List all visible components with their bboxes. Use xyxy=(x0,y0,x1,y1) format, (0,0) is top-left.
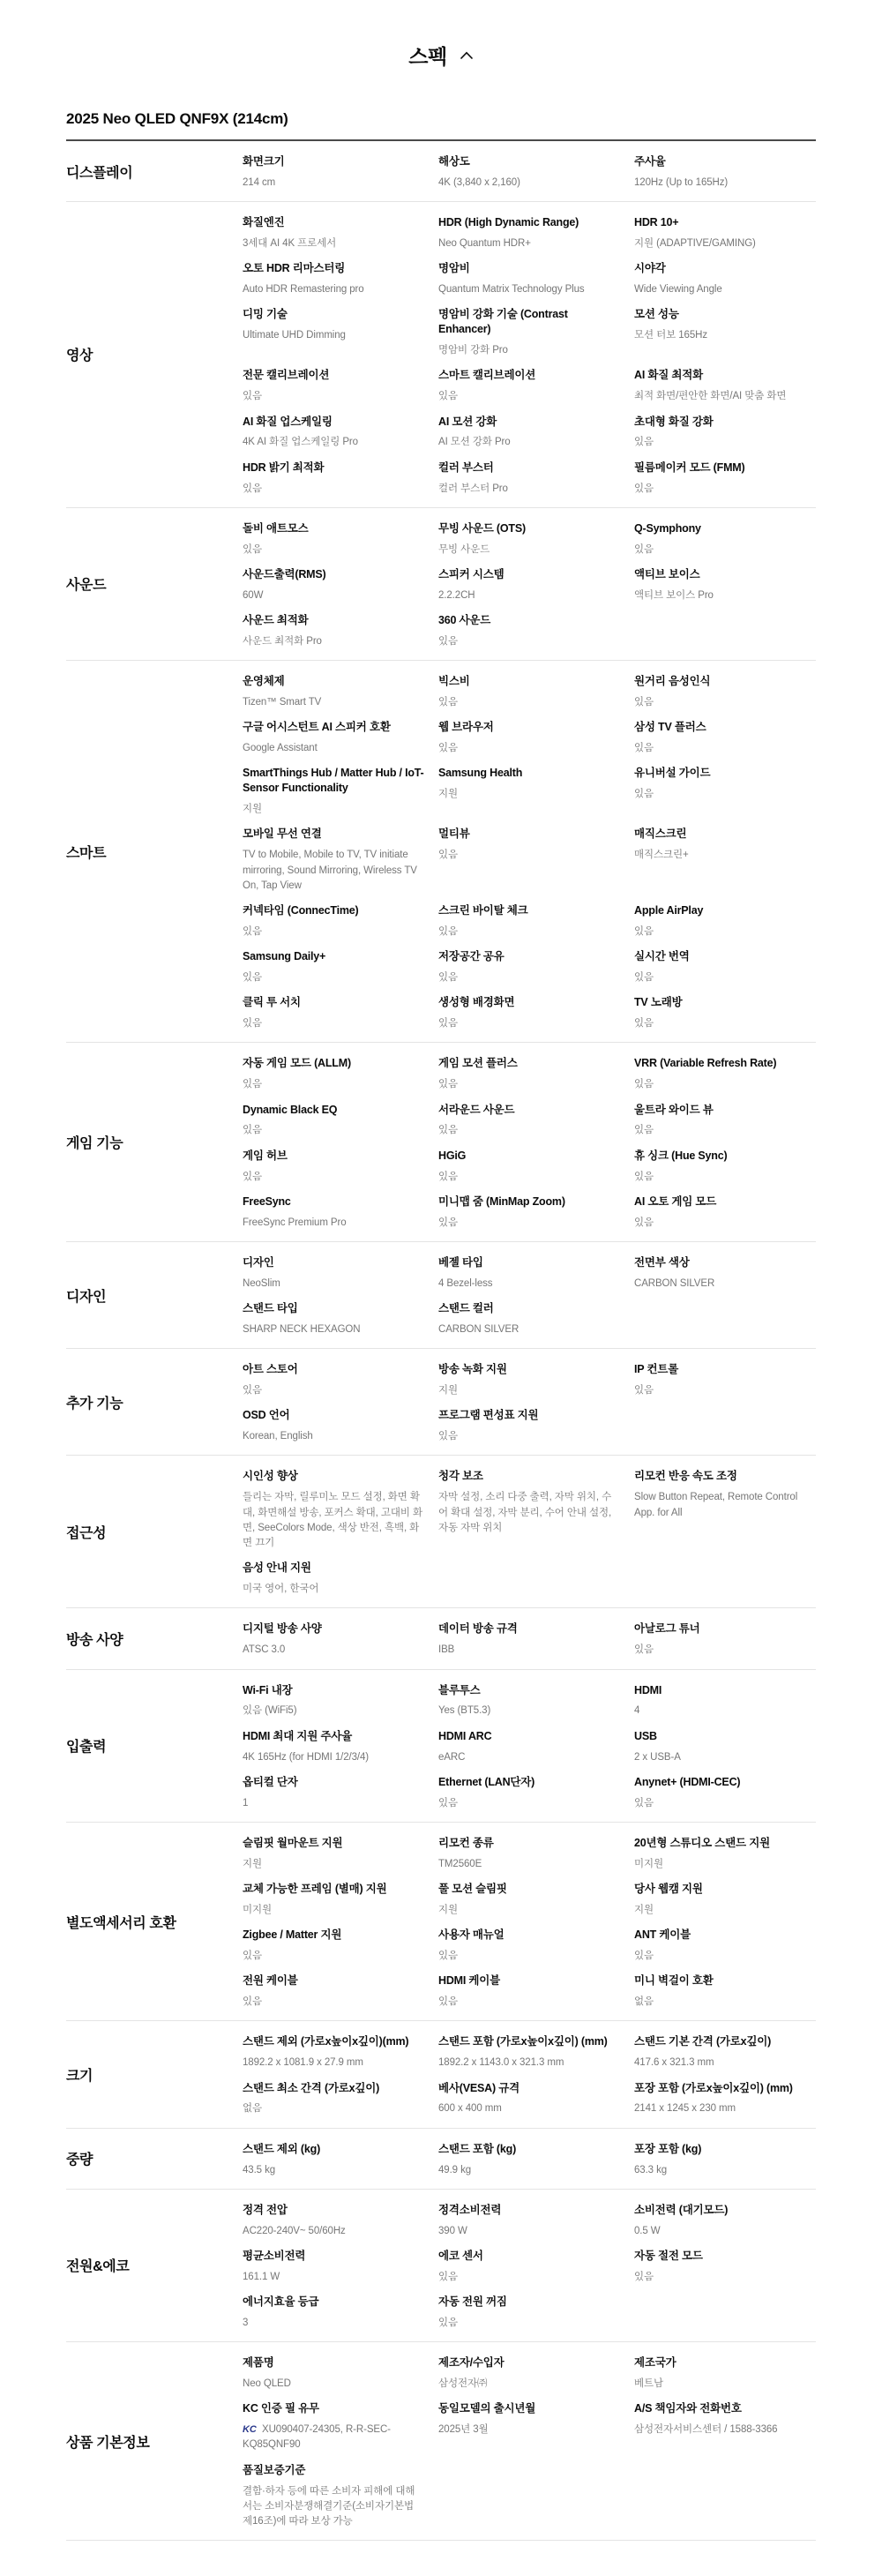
spec-item: 서라운드 사운드있음 xyxy=(438,1103,620,1139)
spec-label: 서라운드 사운드 xyxy=(438,1103,620,1118)
spec-label: 명암비 xyxy=(438,261,620,276)
spec-value: 2 x USB-A xyxy=(634,1750,816,1765)
spec-value: 2025년 3월 xyxy=(438,2422,620,2437)
spec-label: 자동 게임 모드 (ALLM) xyxy=(243,1056,424,1071)
spec-item: USB2 x USB-A xyxy=(634,1729,816,1765)
spec-value: 있음 xyxy=(634,2270,816,2285)
spec-item: Samsung Health지원 xyxy=(438,766,620,817)
spec-item: 무빙 사운드 (OTS)무빙 사운드 xyxy=(438,521,620,558)
spec-label: 삼성 TV 플러스 xyxy=(634,720,816,735)
spec-item: HDR (High Dynamic Range)Neo Quantum HDR+ xyxy=(438,215,620,251)
spec-label: 실시간 번역 xyxy=(634,949,816,964)
spec-label: 360 사운드 xyxy=(438,613,620,628)
spec-item: 스탠드 타입SHARP NECK HEXAGON xyxy=(243,1301,424,1337)
spec-value: 있음 xyxy=(438,741,620,756)
spec-value: 있음 xyxy=(634,1383,816,1398)
spec-label: 유니버설 가이드 xyxy=(634,766,816,781)
spec-value: Neo Quantum HDR+ xyxy=(438,236,620,251)
spec-label: FreeSync xyxy=(243,1194,424,1209)
spec-item: 시인성 향상들리는 자막, 릴루미노 모드 설정, 화면 확대, 화면해설 방송… xyxy=(243,1469,424,1551)
spec-value: 지원 xyxy=(243,1857,424,1872)
spec-value: 있음 xyxy=(634,435,816,450)
spec-item: 명암비Quantum Matrix Technology Plus xyxy=(438,261,620,297)
spec-value: Ultimate UHD Dimming xyxy=(243,328,424,343)
spec-item: 스탠드 포함 (가로x높이x깊이) (mm)1892.2 x 1143.0 x … xyxy=(438,2034,620,2071)
spec-section-weight: 중량스탠드 제외 (kg)43.5 kg스탠드 포함 (kg)49.9 kg포장… xyxy=(66,2129,816,2190)
spec-value: Slow Button Repeat, Remote Control App. … xyxy=(634,1490,816,1521)
category-label-extra-features: 추가 기능 xyxy=(66,1349,243,1455)
spec-value: 있음 xyxy=(634,1796,816,1811)
spec-value: 있음 xyxy=(438,634,620,649)
spec-value: Tizen™ Smart TV xyxy=(243,695,424,710)
category-label-picture: 영상 xyxy=(66,202,243,507)
spec-value: AI 모션 강화 Pro xyxy=(438,435,620,450)
spec-item: 초대형 화질 강화있음 xyxy=(634,415,816,451)
spec-item: 웹 브라우저있음 xyxy=(438,720,620,756)
spec-item: AI 모션 강화AI 모션 강화 Pro xyxy=(438,415,620,451)
spec-item: 스크린 바이탈 체크있음 xyxy=(438,903,620,940)
spec-value: 무빙 사운드 xyxy=(438,543,620,558)
spec-label: 제조자/수입자 xyxy=(438,2355,620,2370)
spec-items-grid: 운영체제Tizen™ Smart TV빅스비있음원거리 음성인식있음구글 어시스… xyxy=(243,661,816,1042)
category-label-game-features: 게임 기능 xyxy=(66,1043,243,1241)
spec-item: 스탠드 제외 (kg)43.5 kg xyxy=(243,2142,424,2178)
spec-label: 화면크기 xyxy=(243,154,424,169)
spec-value: 있음 xyxy=(243,389,424,404)
spec-item: 디밍 기술Ultimate UHD Dimming xyxy=(243,307,424,358)
spec-value: ATSC 3.0 xyxy=(243,1643,424,1658)
spec-value: 없음 xyxy=(634,1995,816,2010)
spec-label: 에코 센서 xyxy=(438,2249,620,2264)
spec-value: 있음 xyxy=(438,970,620,985)
spec-value: 3세대 AI 4K 프로세서 xyxy=(243,236,424,251)
spec-value: FreeSync Premium Pro xyxy=(243,1216,424,1231)
spec-item: 빅스비있음 xyxy=(438,674,620,710)
spec-value-text: XU090407-24305, R-R-SEC-KQ85QNF90 xyxy=(243,2424,391,2450)
spec-label: 돌비 애트모스 xyxy=(243,521,424,536)
spec-item: 스피커 시스템2.2.2CH xyxy=(438,567,620,603)
spec-item: 돌비 애트모스있음 xyxy=(243,521,424,558)
spec-value: 지원 xyxy=(243,802,424,817)
spec-item: 휴 싱크 (Hue Sync)있음 xyxy=(634,1149,816,1185)
spec-item: Anynet+ (HDMI-CEC)있음 xyxy=(634,1775,816,1811)
spec-item: Zigbee / Matter 지원있음 xyxy=(243,1928,424,1964)
spec-value: 컬러 부스터 Pro xyxy=(438,482,620,497)
spec-item: 방송 녹화 지원지원 xyxy=(438,1362,620,1398)
spec-item: AI 오토 게임 모드있음 xyxy=(634,1194,816,1231)
spec-value: 43.5 kg xyxy=(243,2163,424,2178)
spec-value: 있음 xyxy=(438,1429,620,1444)
spec-label: 미니맵 줌 (MinMap Zoom) xyxy=(438,1194,620,1209)
spec-item: 360 사운드있음 xyxy=(438,613,620,649)
spec-items-grid: Wi-Fi 내장있음 (WiFi5)블루투스Yes (BT5.3)HDMI4HD… xyxy=(243,1670,816,1822)
spec-value: 있음 xyxy=(438,1796,620,1811)
spec-item: 블루투스Yes (BT5.3) xyxy=(438,1683,620,1719)
spec-value: 있음 xyxy=(634,695,816,710)
spec-label: 구글 어시스턴트 AI 스피커 호환 xyxy=(243,720,424,735)
spec-item: 커넥타임 (ConnecTime)있음 xyxy=(243,903,424,940)
spec-label: HGiG xyxy=(438,1149,620,1164)
spec-label: 슬림핏 월마운트 지원 xyxy=(243,1836,424,1851)
spec-value: 417.6 x 321.3 mm xyxy=(634,2056,816,2071)
spec-item: Samsung Daily+있음 xyxy=(243,949,424,985)
spec-item: 자동 게임 모드 (ALLM)있음 xyxy=(243,1056,424,1092)
product-name: 2025 Neo QLED QNF9X (214cm) xyxy=(66,110,816,141)
spec-items-grid: 스탠드 제외 (kg)43.5 kg스탠드 포함 (kg)49.9 kg포장 포… xyxy=(243,2129,816,2189)
spec-label: USB xyxy=(634,1729,816,1744)
spec-item: 사운드 최적화사운드 최적화 Pro xyxy=(243,613,424,649)
spec-label: 자동 절전 모드 xyxy=(634,2249,816,2264)
spec-items-grid: 슬림핏 월마운트 지원지원리모컨 종류TM2560E20년형 스튜디오 스탠드 … xyxy=(243,1823,816,2021)
spec-value: KCXU090407-24305, R-R-SEC-KQ85QNF90 xyxy=(243,2422,424,2453)
spec-item: 스탠드 최소 간격 (가로x깊이)없음 xyxy=(243,2081,424,2117)
spec-value: 있음 xyxy=(438,1016,620,1031)
spec-value: 있음 xyxy=(634,1123,816,1138)
spec-value: 있음 xyxy=(634,1216,816,1231)
spec-label: SmartThings Hub / Matter Hub / IoT-Senso… xyxy=(243,766,424,796)
spec-label: 전문 캘리브레이션 xyxy=(243,368,424,383)
spec-value: 들리는 자막, 릴루미노 모드 설정, 화면 확대, 화면해설 방송, 포커스 … xyxy=(243,1490,424,1551)
spec-item: 사용자 매뉴얼있음 xyxy=(438,1928,620,1964)
spec-item: 컬러 부스터컬러 부스터 Pro xyxy=(438,461,620,497)
spec-value: 지원 (ADAPTIVE/GAMING) xyxy=(634,236,816,251)
spec-label: HDMI ARC xyxy=(438,1729,620,1744)
spec-label: Dynamic Black EQ xyxy=(243,1103,424,1118)
spec-label: 생성형 배경화면 xyxy=(438,995,620,1010)
spec-item: 게임 허브있음 xyxy=(243,1149,424,1185)
spec-item: 실시간 번역있음 xyxy=(634,949,816,985)
spec-value: 있음 xyxy=(438,389,620,404)
spec-value: 161.1 W xyxy=(243,2270,424,2285)
spec-label: HDMI 케이블 xyxy=(438,1973,620,1988)
spec-item: 소비전력 (대기모드)0.5 W xyxy=(634,2203,816,2239)
spec-item: 베사(VESA) 규격600 x 400 mm xyxy=(438,2081,620,2117)
spec-item: 스탠드 포함 (kg)49.9 kg xyxy=(438,2142,620,2178)
spec-item: 시야각Wide Viewing Angle xyxy=(634,261,816,297)
spec-value: 4K (3,840 x 2,160) xyxy=(438,176,620,191)
spec-label: 스탠드 포함 (kg) xyxy=(438,2142,620,2157)
spec-item: ANT 케이블있음 xyxy=(634,1928,816,1964)
spec-label: 저장공간 공유 xyxy=(438,949,620,964)
spec-section-game-features: 게임 기능자동 게임 모드 (ALLM)있음게임 모션 플러스있음VRR (Va… xyxy=(66,1043,816,1242)
spec-items-grid: 화면크기214 cm해상도4K (3,840 x 2,160)주사율120Hz … xyxy=(243,141,816,201)
spec-item: KC 인증 필 유무KCXU090407-24305, R-R-SEC-KQ85… xyxy=(243,2401,424,2452)
spec-value: 있음 xyxy=(438,848,620,863)
spec-item: 에코 센서있음 xyxy=(438,2249,620,2285)
spec-label: 스크린 바이탈 체크 xyxy=(438,903,620,918)
spec-value: Quantum Matrix Technology Plus xyxy=(438,282,620,297)
spec-item: 전문 캘리브레이션있음 xyxy=(243,368,424,404)
spec-accordion-header[interactable]: 스펙 xyxy=(0,0,882,70)
spec-item: 화면크기214 cm xyxy=(243,154,424,191)
spec-value: 있음 xyxy=(438,695,620,710)
spec-label: 주사율 xyxy=(634,154,816,169)
spec-item: 디지털 방송 사양ATSC 3.0 xyxy=(243,1621,424,1658)
spec-value: 있음 xyxy=(634,970,816,985)
spec-label: A/S 책임자와 전화번호 xyxy=(634,2401,816,2416)
spec-item: 자동 절전 모드있음 xyxy=(634,2249,816,2285)
spec-label: 에너지효율 등급 xyxy=(243,2295,424,2310)
spec-value: 명암비 강화 Pro xyxy=(438,343,620,358)
kc-certification-icon: KC xyxy=(243,2422,258,2434)
spec-item: TV 노래방있음 xyxy=(634,995,816,1031)
category-label-accessibility: 접근성 xyxy=(66,1456,243,1607)
spec-item: 해상도4K (3,840 x 2,160) xyxy=(438,154,620,191)
spec-item: AI 화질 최적화최적 화면/편안한 화면/AI 맞춤 화면 xyxy=(634,368,816,404)
spec-value: 지원 xyxy=(438,1383,620,1398)
spec-label: 스탠드 타입 xyxy=(243,1301,424,1316)
spec-items-grid: 디지털 방송 사양ATSC 3.0데이터 방송 규격IBB아날로그 튜너있음 xyxy=(243,1608,816,1668)
spec-label: Samsung Health xyxy=(438,766,620,781)
spec-value: 600 x 400 mm xyxy=(438,2101,620,2116)
spec-value: 3 xyxy=(243,2316,424,2331)
spec-value: 액티브 보이스 Pro xyxy=(634,588,816,603)
spec-value: 있음 xyxy=(243,1995,424,2010)
spec-label: 모바일 무선 연결 xyxy=(243,827,424,842)
spec-label: AI 모션 강화 xyxy=(438,415,620,430)
spec-section-design: 디자인디자인NeoSlim베젤 타입4 Bezel-less전면부 색상CARB… xyxy=(66,1242,816,1349)
spec-value: 지원 xyxy=(634,1903,816,1918)
spec-label: 스마트 캘리브레이션 xyxy=(438,368,620,383)
spec-item: HDMI 최대 지원 주사율4K 165Hz (for HDMI 1/2/3/4… xyxy=(243,1729,424,1765)
spec-item: 데이터 방송 규격IBB xyxy=(438,1621,620,1658)
spec-label: KC 인증 필 유무 xyxy=(243,2401,424,2416)
spec-item: 멀티뷰있음 xyxy=(438,827,620,894)
spec-label: 포장 포함 (가로x높이x깊이) (mm) xyxy=(634,2081,816,2096)
spec-value: 삼성전자㈜ xyxy=(438,2377,620,2392)
spec-value: TV to Mobile, Mobile to TV, TV initiate … xyxy=(243,848,424,894)
spec-item: 당사 웹캠 지원지원 xyxy=(634,1882,816,1918)
spec-value: 4 xyxy=(634,1704,816,1719)
spec-item: HGiG있음 xyxy=(438,1149,620,1185)
spec-label: 웹 브라우저 xyxy=(438,720,620,735)
spec-label: 품질보증기준 xyxy=(243,2463,424,2478)
spec-item: HDR 10+지원 (ADAPTIVE/GAMING) xyxy=(634,215,816,251)
spec-item: 디자인NeoSlim xyxy=(243,1255,424,1292)
spec-label: 오토 HDR 리마스터링 xyxy=(243,261,424,276)
spec-item: 자동 전원 꺼짐있음 xyxy=(438,2295,620,2331)
spec-items-grid: 화질엔진3세대 AI 4K 프로세서HDR (High Dynamic Rang… xyxy=(243,202,816,507)
spec-item: 스탠드 컬러CARBON SILVER xyxy=(438,1301,620,1337)
spec-section-smart: 스마트운영체제Tizen™ Smart TV빅스비있음원거리 음성인식있음구글 … xyxy=(66,661,816,1043)
spec-label: 음성 안내 지원 xyxy=(243,1561,424,1576)
spec-label: Apple AirPlay xyxy=(634,903,816,918)
spec-item: Wi-Fi 내장있음 (WiFi5) xyxy=(243,1683,424,1719)
spec-label: HDR 10+ xyxy=(634,215,816,230)
spec-value: 0.5 W xyxy=(634,2224,816,2239)
spec-label: 베사(VESA) 규격 xyxy=(438,2081,620,2096)
spec-item: AI 화질 업스케일링4K AI 화질 업스케일링 Pro xyxy=(243,415,424,451)
spec-label: 스탠드 기본 간격 (가로x깊이) xyxy=(634,2034,816,2049)
spec-title: 스펙 xyxy=(408,41,446,70)
chevron-up-icon xyxy=(460,51,474,60)
spec-value: 있음 xyxy=(634,925,816,940)
category-label-weight: 중량 xyxy=(66,2129,243,2189)
spec-value: 1892.2 x 1081.9 x 27.9 mm xyxy=(243,2056,424,2071)
spec-value: 있음 xyxy=(634,1170,816,1185)
spec-content: 2025 Neo QLED QNF9X (214cm) 디스플레이화면크기214… xyxy=(66,110,816,2541)
spec-item: 삼성 TV 플러스있음 xyxy=(634,720,816,756)
spec-value: 있음 xyxy=(634,1643,816,1658)
spec-section-picture: 영상화질엔진3세대 AI 4K 프로세서HDR (High Dynamic Ra… xyxy=(66,202,816,508)
spec-item: IP 컨트롤있음 xyxy=(634,1362,816,1398)
spec-label: HDR 밝기 최적화 xyxy=(243,461,424,476)
spec-value: 있음 xyxy=(438,2316,620,2331)
spec-label: 명암비 강화 기술 (Contrast Enhancer) xyxy=(438,307,620,337)
spec-value: 있음 xyxy=(243,482,424,497)
spec-value: Yes (BT5.3) xyxy=(438,1704,620,1719)
spec-item: HDMI4 xyxy=(634,1683,816,1719)
spec-item: 동일모델의 출시년월2025년 3월 xyxy=(438,2401,620,2452)
spec-label: AI 오토 게임 모드 xyxy=(634,1194,816,1209)
spec-value: 있음 xyxy=(634,482,816,497)
spec-item: HDMI 케이블있음 xyxy=(438,1973,620,2010)
spec-label: 게임 모션 플러스 xyxy=(438,1056,620,1071)
spec-item: 청각 보조자막 설정, 소리 다중 출력, 자막 위치, 수어 확대 설정, 자… xyxy=(438,1469,620,1551)
spec-label: HDMI xyxy=(634,1683,816,1698)
spec-item: 리모컨 종류TM2560E xyxy=(438,1836,620,1872)
spec-item: 정격소비전력390 W xyxy=(438,2203,620,2239)
spec-label: 아날로그 튜너 xyxy=(634,1621,816,1636)
spec-label: 전면부 색상 xyxy=(634,1255,816,1270)
spec-section-product-basic-info: 상품 기본정보제품명Neo QLED제조자/수입자삼성전자㈜제조국가베트남KC … xyxy=(66,2342,816,2541)
spec-label: 모션 성능 xyxy=(634,307,816,322)
spec-label: 필름메이커 모드 (FMM) xyxy=(634,461,816,476)
spec-value: 자막 설정, 소리 다중 출력, 자막 위치, 수어 확대 설정, 자막 분리,… xyxy=(438,1490,620,1536)
spec-value: 있음 xyxy=(438,1077,620,1092)
spec-value: 있음 xyxy=(634,543,816,558)
spec-item: 유니버설 가이드있음 xyxy=(634,766,816,817)
spec-item: 교체 가능한 프레임 (별매) 지원미지원 xyxy=(243,1882,424,1918)
spec-label: 자동 전원 꺼짐 xyxy=(438,2295,620,2310)
spec-label: 화질엔진 xyxy=(243,215,424,230)
spec-label: 포장 포함 (kg) xyxy=(634,2142,816,2157)
spec-label: 스탠드 컬러 xyxy=(438,1301,620,1316)
spec-item: 포장 포함 (가로x높이x깊이) (mm)2141 x 1245 x 230 m… xyxy=(634,2081,816,2117)
spec-value: 없음 xyxy=(243,2101,424,2116)
spec-label: 스탠드 포함 (가로x높이x깊이) (mm) xyxy=(438,2034,620,2049)
category-label-inputs-outputs: 입출력 xyxy=(66,1670,243,1822)
spec-items-grid: 스탠드 제외 (가로x높이x깊이)(mm)1892.2 x 1081.9 x 2… xyxy=(243,2021,816,2127)
spec-label: 제품명 xyxy=(243,2355,424,2370)
spec-item: HDMI ARCeARC xyxy=(438,1729,620,1765)
spec-item: 필름메이커 모드 (FMM)있음 xyxy=(634,461,816,497)
spec-label: 방송 녹화 지원 xyxy=(438,1362,620,1377)
spec-label: Samsung Daily+ xyxy=(243,949,424,964)
spec-label: 디자인 xyxy=(243,1255,424,1270)
spec-value: 60W xyxy=(243,588,424,603)
category-label-sound: 사운드 xyxy=(66,508,243,660)
category-label-dimensions: 크기 xyxy=(66,2021,243,2127)
spec-value: 있음 xyxy=(438,1216,620,1231)
spec-value: 있음 xyxy=(634,787,816,802)
spec-value: 있음 xyxy=(243,1949,424,1964)
spec-value: Korean, English xyxy=(243,1429,424,1444)
spec-item: 품질보증기준결함·하자 등에 따른 소비자 피해에 대해서는 소비자분쟁해결기준… xyxy=(243,2463,424,2530)
spec-item: Ethernet (LAN단자)있음 xyxy=(438,1775,620,1811)
spec-item: OSD 언어Korean, English xyxy=(243,1408,424,1444)
spec-value: 미지원 xyxy=(243,1903,424,1918)
spec-value: 미국 영어, 한국어 xyxy=(243,1582,424,1597)
spec-value: SHARP NECK HEXAGON xyxy=(243,1322,424,1337)
spec-value: Neo QLED xyxy=(243,2377,424,2392)
spec-label: 미니 벽걸이 호환 xyxy=(634,1973,816,1988)
spec-item: 운영체제Tizen™ Smart TV xyxy=(243,674,424,710)
spec-item: 풀 모션 슬림핏지원 xyxy=(438,1882,620,1918)
spec-label: 초대형 화질 강화 xyxy=(634,415,816,430)
spec-items-grid: 정격 전압AC220-240V~ 50/60Hz정격소비전력390 W소비전력 … xyxy=(243,2190,816,2341)
spec-label: 정격 전압 xyxy=(243,2203,424,2218)
spec-value: 매직스크린+ xyxy=(634,848,816,863)
category-label-display: 디스플레이 xyxy=(66,141,243,201)
spec-value: 120Hz (Up to 165Hz) xyxy=(634,176,816,191)
spec-item: HDR 밝기 최적화있음 xyxy=(243,461,424,497)
spec-item: 베젤 타입4 Bezel-less xyxy=(438,1255,620,1292)
spec-label: 커넥타임 (ConnecTime) xyxy=(243,903,424,918)
spec-value: 지원 xyxy=(438,1903,620,1918)
spec-label: 소비전력 (대기모드) xyxy=(634,2203,816,2218)
spec-value: 4 Bezel-less xyxy=(438,1277,620,1292)
spec-item: 미니 벽걸이 호환없음 xyxy=(634,1973,816,2010)
spec-label: 사운드출력(RMS) xyxy=(243,567,424,582)
spec-value: CARBON SILVER xyxy=(438,1322,620,1337)
spec-label: HDR (High Dynamic Range) xyxy=(438,215,620,230)
spec-label: 스탠드 제외 (kg) xyxy=(243,2142,424,2157)
spec-item: 에너지효율 등급3 xyxy=(243,2295,424,2331)
spec-label: VRR (Variable Refresh Rate) xyxy=(634,1056,816,1071)
spec-value: 있음 xyxy=(634,1016,816,1031)
spec-item: 리모컨 반응 속도 조정Slow Button Repeat, Remote C… xyxy=(634,1469,816,1551)
spec-value: 1 xyxy=(243,1796,424,1811)
spec-item: 평균소비전력161.1 W xyxy=(243,2249,424,2285)
spec-value: 63.3 kg xyxy=(634,2163,816,2178)
spec-label: 매직스크린 xyxy=(634,827,816,842)
spec-label: Wi-Fi 내장 xyxy=(243,1683,424,1698)
spec-item: 아날로그 튜너있음 xyxy=(634,1621,816,1658)
spec-item: 프로그램 편성표 지원있음 xyxy=(438,1408,620,1444)
spec-label: 스탠드 최소 간격 (가로x깊이) xyxy=(243,2081,424,2096)
spec-item: 액티브 보이스액티브 보이스 Pro xyxy=(634,567,816,603)
spec-item: 울트라 와이드 뷰있음 xyxy=(634,1103,816,1139)
spec-label: 스피커 시스템 xyxy=(438,567,620,582)
spec-item: 주사율120Hz (Up to 165Hz) xyxy=(634,154,816,191)
spec-item: 제품명Neo QLED xyxy=(243,2355,424,2392)
spec-label: AI 화질 업스케일링 xyxy=(243,415,424,430)
spec-label: 당사 웹캠 지원 xyxy=(634,1882,816,1897)
spec-item: 저장공간 공유있음 xyxy=(438,949,620,985)
spec-label: 원거리 음성인식 xyxy=(634,674,816,689)
spec-label: 베젤 타입 xyxy=(438,1255,620,1270)
spec-value: 4K 165Hz (for HDMI 1/2/3/4) xyxy=(243,1750,424,1765)
spec-items-grid: 아트 스토어있음방송 녹화 지원지원IP 컨트롤있음OSD 언어Korean, … xyxy=(243,1349,816,1455)
spec-value: eARC xyxy=(438,1750,620,1765)
spec-label: AI 화질 최적화 xyxy=(634,368,816,383)
spec-value: 모션 터보 165Hz xyxy=(634,328,816,343)
spec-item: 제조국가베트남 xyxy=(634,2355,816,2392)
spec-label: 울트라 와이드 뷰 xyxy=(634,1103,816,1118)
spec-table: 디스플레이화면크기214 cm해상도4K (3,840 x 2,160)주사율1… xyxy=(66,141,816,2541)
spec-label: 블루투스 xyxy=(438,1683,620,1698)
category-label-design: 디자인 xyxy=(66,1242,243,1348)
spec-section-broadcast: 방송 사양디지털 방송 사양ATSC 3.0데이터 방송 규격IBB아날로그 튜… xyxy=(66,1608,816,1669)
spec-value: 있음 xyxy=(243,543,424,558)
spec-label: 데이터 방송 규격 xyxy=(438,1621,620,1636)
spec-item: 제조자/수입자삼성전자㈜ xyxy=(438,2355,620,2392)
spec-section-accessory-compatibility: 별도액세서리 호환슬림핏 월마운트 지원지원리모컨 종류TM2560E20년형 … xyxy=(66,1823,816,2022)
spec-item: 화질엔진3세대 AI 4K 프로세서 xyxy=(243,215,424,251)
spec-item: 매직스크린매직스크린+ xyxy=(634,827,816,894)
spec-items-grid: 제품명Neo QLED제조자/수입자삼성전자㈜제조국가베트남KC 인증 필 유무… xyxy=(243,2342,816,2540)
